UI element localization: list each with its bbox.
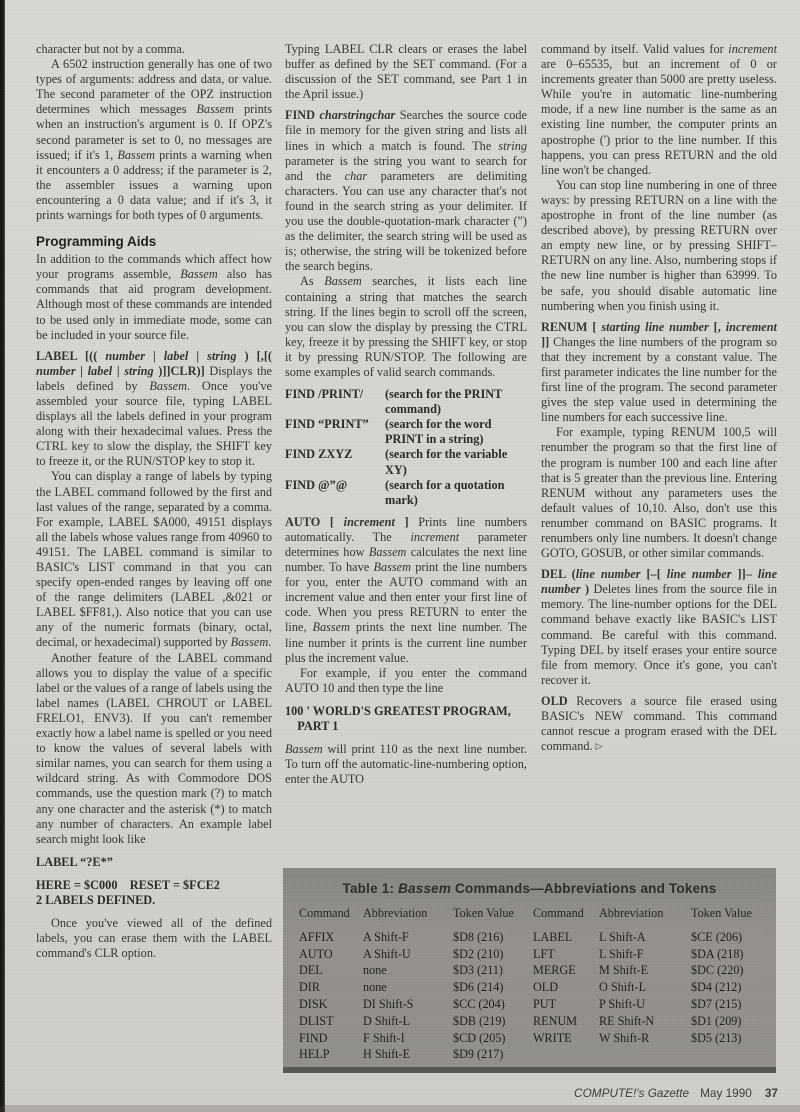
find-example-row: FIND /PRINT/(search for the PRINT comman… (285, 387, 527, 417)
paragraph: In addition to the commands which affect… (36, 252, 272, 343)
table-column-header: Token Value (691, 905, 769, 929)
table-cell: $D2 (210) (453, 946, 533, 963)
find-description: (search for a quotation mark) (385, 478, 527, 508)
find-description: (search for the word PRINT in a string) (385, 417, 527, 447)
find-command: FIND “PRINT” (285, 417, 385, 447)
text-segment: line number (576, 567, 641, 581)
table-cell: H Shift-E (363, 1046, 453, 1063)
table-cell: DIR (299, 979, 363, 996)
commands-table-grid: CommandAbbreviationToken ValueCommandAbb… (299, 905, 769, 1063)
text-segment: Bassem (285, 742, 323, 756)
text-segment: Bassem (149, 379, 187, 393)
text-segment: As (300, 274, 324, 288)
text-segment: Bassem (196, 102, 234, 116)
table-column-header: Abbreviation (599, 905, 691, 929)
table-cell: HELP (299, 1046, 363, 1063)
text-segment: are 0–65535, but an increment of 0 or in… (541, 57, 777, 177)
text-segment: number (105, 349, 145, 363)
paragraph: Once you've viewed all of the defined la… (36, 916, 272, 961)
table-cell: M Shift-E (599, 962, 691, 979)
paragraph: For example, if you enter the command AU… (285, 666, 527, 696)
table-cell: MERGE (533, 962, 599, 979)
table-header-row: CommandAbbreviationToken ValueCommandAbb… (299, 905, 769, 929)
text-segment: | (112, 364, 124, 378)
text-segment: RENUM [ (541, 320, 601, 334)
end-of-article-mark: ▷ (596, 741, 603, 751)
text-segment: Changes the line numbers of the program … (541, 335, 777, 424)
table-row: HELPH Shift-E$D9 (217) (299, 1046, 769, 1063)
text-segment: You can display a range of labels by typ… (36, 469, 272, 649)
table-cell: P Shift-U (599, 996, 691, 1013)
text-segment: Bassem (369, 545, 407, 559)
text-segment: )]]CLR)] (154, 364, 205, 378)
page-number: 37 (765, 1086, 778, 1100)
paragraph: You can display a range of labels by typ… (36, 469, 272, 650)
magazine-page: character but not by a comma.A 6502 inst… (0, 0, 800, 1112)
code-example: LABEL “?E*” (36, 855, 272, 870)
text-segment: | (145, 349, 164, 363)
text-segment: For example, typing RENUM 100,5 will ren… (541, 425, 777, 560)
table-cell: A Shift-F (363, 929, 453, 946)
text-segment: line number (667, 567, 732, 581)
code-line: 100 ' WORLD'S GREATEST PROGRAM, (285, 704, 527, 719)
table-cell: DISK (299, 996, 363, 1013)
text-segment: character but not by a comma. (36, 42, 185, 56)
text-segment: ) (581, 582, 590, 596)
table-cell: $D8 (216) (453, 929, 533, 946)
text-segment: . (268, 635, 271, 649)
table-cell: $D1 (209) (691, 1013, 769, 1030)
text-segment: starting line number (601, 320, 708, 334)
table-cell: $D3 (211) (453, 962, 533, 979)
find-command: FIND ZXYZ (285, 447, 385, 477)
text-segment: | (188, 349, 207, 363)
issue-date: May 1990 (700, 1086, 752, 1100)
paragraph: DEL (line number [–[ line number ]]– lin… (541, 567, 777, 688)
text-segment: Another feature of the LABEL command all… (36, 651, 272, 846)
text-segment: Once you've viewed all of the defined la… (36, 916, 272, 960)
table-column-header: Command (299, 905, 363, 929)
table-row: DIRnone$D6 (214)OLDO Shift-L$D4 (212) (299, 979, 769, 996)
find-description: (search for the variable XY) (385, 447, 527, 477)
paragraph: As Bassem searches, it lists each line c… (285, 274, 527, 380)
table-cell: none (363, 962, 453, 979)
text-segment: DEL ( (541, 567, 576, 581)
paragraph: Another feature of the LABEL command all… (36, 651, 272, 847)
text-segment: increment (726, 320, 777, 334)
table-cell: FIND (299, 1030, 363, 1047)
table-cell: AFFIX (299, 929, 363, 946)
code-example: HERE = $C000 RESET = $FCE22 LABELS DEFIN… (36, 878, 272, 908)
paragraph: A 6502 instruction generally has one of … (36, 57, 272, 223)
text-segment: FIND (285, 108, 319, 122)
column-middle: Typing LABEL CLR clears or erases the la… (285, 42, 527, 866)
table-cell: O Shift-L (599, 979, 691, 996)
table-row: DLISTD Shift-L$DB (219)RENUMRE Shift-N$D… (299, 1013, 769, 1030)
text-segment: Bassem (117, 148, 155, 162)
paragraph: AUTO [ increment ] Prints line numbers a… (285, 515, 527, 666)
text-segment: increment (344, 515, 395, 529)
table-cell: DEL (299, 962, 363, 979)
table-cell: $D5 (213) (691, 1030, 769, 1047)
column-right: command by itself. Valid values for incr… (541, 42, 777, 866)
text-segment: Bassem (373, 560, 411, 574)
table-cell: OLD (533, 979, 599, 996)
table-row: AUTOA Shift-U$D2 (210)LFTL Shift-F$DA (2… (299, 946, 769, 963)
table-title: Table 1: Bassem Commands—Abbreviations a… (283, 868, 776, 896)
table-cell: $DA (218) (691, 946, 769, 963)
table-cell: $DB (219) (453, 1013, 533, 1030)
find-command: FIND /PRINT/ (285, 387, 385, 417)
table-cell (691, 1046, 769, 1063)
text-segment: Deletes lines from the source file in me… (541, 582, 777, 687)
table-cell (533, 1046, 599, 1063)
text-segment: ] (395, 515, 409, 529)
paragraph: Typing LABEL CLR clears or erases the la… (285, 42, 527, 102)
find-example-row: FIND ZXYZ(search for the variable XY) (285, 447, 527, 477)
table-cell: $DC (220) (691, 962, 769, 979)
text-segment: OLD (541, 694, 568, 708)
find-command: FIND @”@ (285, 478, 385, 508)
text-segment: label (164, 349, 189, 363)
table-cell: DI Shift-S (363, 996, 453, 1013)
table-cell: RENUM (533, 1013, 599, 1030)
find-example-row: FIND “PRINT”(search for the word PRINT i… (285, 417, 527, 447)
text-segment: LABEL [(( (36, 349, 105, 363)
table-column-header: Token Value (453, 905, 533, 929)
table-cell: WRITE (533, 1030, 599, 1047)
text-segment: Recovers a source file erased using BASI… (541, 694, 777, 753)
code-line: LABEL “?E*” (36, 855, 272, 870)
paragraph: OLD Recovers a source file erased using … (541, 694, 777, 754)
text-segment: AUTO [ (285, 515, 344, 529)
table-cell: LABEL (533, 929, 599, 946)
text-segment: | (76, 364, 88, 378)
text-segment: command by itself. Valid values for (541, 42, 728, 56)
table-row: AFFIXA Shift-F$D8 (216)LABELL Shift-A$CE… (299, 929, 769, 946)
paragraph: FIND charstringchar Searches the source … (285, 108, 527, 274)
find-description: (search for the PRINT command) (385, 387, 527, 417)
code-line: PART 1 (285, 719, 527, 734)
table-title-program-name: Bassem (398, 881, 451, 896)
column-left: character but not by a comma.A 6502 inst… (36, 42, 272, 1086)
commands-table: Table 1: Bassem Commands—Abbreviations a… (283, 868, 776, 1073)
text-segment: You can stop line numbering in one of th… (541, 178, 777, 313)
table-cell: $CE (206) (691, 929, 769, 946)
table-cell: $D9 (217) (453, 1046, 533, 1063)
table-column-header: Abbreviation (363, 905, 453, 929)
table-title-prefix: Table 1: (343, 881, 399, 896)
table-cell: DLIST (299, 1013, 363, 1030)
paragraph: character but not by a comma. (36, 42, 272, 57)
text-segment: For example, if you enter the command AU… (285, 666, 527, 695)
text-segment: Bassem (180, 267, 218, 281)
table-cell: $CC (204) (453, 996, 533, 1013)
table-cell: PUT (533, 996, 599, 1013)
table-cell: LFT (533, 946, 599, 963)
table-cell: A Shift-U (363, 946, 453, 963)
paragraph: command by itself. Valid values for incr… (541, 42, 777, 178)
table-cell: $D6 (214) (453, 979, 533, 996)
text-segment: string (124, 364, 153, 378)
paragraph: LABEL [(( number | label | string ) [,[(… (36, 349, 272, 470)
paragraph: Bassem will print 110 as the next line n… (285, 742, 527, 787)
text-segment: number (36, 364, 76, 378)
text-segment: searches, it lists each line containing … (285, 274, 527, 379)
text-segment: parameters are delimiting characters. Yo… (285, 169, 527, 274)
table-cell: $D4 (212) (691, 979, 769, 996)
paragraph: For example, typing RENUM 100,5 will ren… (541, 425, 777, 561)
table-cell: RE Shift-N (599, 1013, 691, 1030)
magazine-name: COMPUTE!'s Gazette (574, 1086, 689, 1100)
paragraph: You can stop line numbering in one of th… (541, 178, 777, 314)
table-row: DELnone$D3 (211)MERGEM Shift-E$DC (220) (299, 962, 769, 979)
code-line: HERE = $C000 RESET = $FCE2 (36, 878, 272, 893)
table-cell: L Shift-F (599, 946, 691, 963)
text-segment: [–[ (640, 567, 666, 581)
page-footer: COMPUTE!'s GazetteMay 199037 (574, 1086, 778, 1100)
find-example-row: FIND @”@(search for a quotation mark) (285, 478, 527, 508)
table-cell: AUTO (299, 946, 363, 963)
find-examples-list: FIND /PRINT/(search for the PRINT comman… (285, 387, 527, 508)
table-column-header: Command (533, 905, 599, 929)
text-segment: char (345, 169, 368, 183)
code-line: 2 LABELS DEFINED. (36, 893, 272, 908)
text-segment: charstringchar (319, 108, 395, 122)
text-segment: string (207, 349, 236, 363)
section-heading: Programming Aids (36, 234, 272, 249)
code-example: 100 ' WORLD'S GREATEST PROGRAM, PART 1 (285, 704, 527, 734)
text-segment: ]] (541, 335, 549, 349)
text-segment: ) [,[( (237, 349, 272, 363)
table-cell: none (363, 979, 453, 996)
table-cell (599, 1046, 691, 1063)
table-title-suffix: Commands—Abbreviations and Tokens (451, 881, 716, 896)
text-segment: string (498, 139, 527, 153)
scan-left-edge (0, 0, 5, 1112)
text-segment: label (88, 364, 113, 378)
table-cell: $CD (205) (453, 1030, 533, 1047)
table-cell: $D7 (215) (691, 996, 769, 1013)
table-cell: D Shift-L (363, 1013, 453, 1030)
paragraph: RENUM [ starting line number [, incremen… (541, 320, 777, 426)
table-cell: F Shift-I (363, 1030, 453, 1047)
table-row: FINDF Shift-I$CD (205)WRITEW Shift-R$D5 … (299, 1030, 769, 1047)
text-segment: Bassem (312, 620, 350, 634)
table-cell: L Shift-A (599, 929, 691, 946)
text-segment: increment (728, 42, 777, 56)
scan-bottom-shade (0, 1105, 800, 1112)
table-cell: W Shift-R (599, 1030, 691, 1047)
text-segment: ]]– (732, 567, 758, 581)
table-row: DISKDI Shift-S$CC (204)PUTP Shift-U$D7 (… (299, 996, 769, 1013)
text-segment: Typing LABEL CLR clears or erases the la… (285, 42, 527, 101)
text-segment: Bassem (231, 635, 269, 649)
text-segment: [, (709, 320, 726, 334)
text-segment: increment (410, 530, 459, 544)
text-segment: Bassem (324, 274, 362, 288)
